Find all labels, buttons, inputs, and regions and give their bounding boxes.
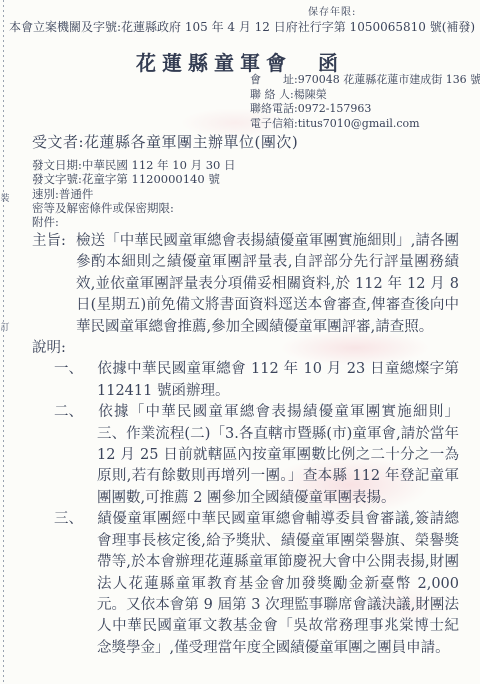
issue-date-line: 發文日期:中華民國 112 年 10 月 30 日	[32, 158, 236, 172]
contact-block: 會 址:970048 花蓮縣花蓮市建成街 136 號 聯 絡 人:楊陳榮 聯絡電…	[250, 73, 480, 131]
item-number: 一、	[54, 359, 97, 380]
document-title: 花蓮縣童軍會 函	[0, 47, 480, 76]
retention-period-label: 保存年限:	[308, 3, 356, 18]
item-text: 依據「中華民國童軍總會表揚績優童軍團實施細則」三、作業流程(二)「3.各直轄市暨…	[97, 404, 459, 506]
binding-mark-zhuang: 裝	[0, 195, 10, 204]
letter-body: 主旨:檢送「中華民國童軍總會表揚績優童軍團實施細則」,請各團參酌本細則之績優童軍…	[32, 231, 459, 659]
subject-paragraph: 主旨:檢送「中華民國童軍總會表揚績優童軍團實施細則」,請各團參酌本細則之績優童軍…	[32, 231, 459, 338]
contact-address: 會 址:970048 花蓮縣花蓮市建成街 136 號	[250, 73, 480, 88]
subject-label: 主旨:	[32, 231, 76, 252]
item-text: 依據中華民國童軍總會 112 年 10 月 23 日童總燦字第 112411 號…	[97, 361, 459, 398]
explanation-item-1: 一、依據中華民國童軍總會 112 年 10 月 23 日童總燦字第 112411…	[54, 359, 459, 402]
recipient-line: 受文者:花蓮縣各童軍團主辦單位(團次)	[32, 131, 298, 152]
contact-email: 電子信箱:titus7010@gmail.com	[250, 117, 480, 132]
security-class-line: 密等及解密條件或保密期限:	[32, 201, 236, 215]
speed-class-line: 速別:普通件	[32, 187, 236, 201]
contact-person: 聯 絡 人:楊陳榮	[250, 88, 480, 103]
attachment-line: 附件:	[32, 215, 236, 229]
subject-text: 檢送「中華民國童軍總會表揚績優童軍團實施細則」,請各團參酌本細則之績優童軍團評量…	[76, 233, 459, 335]
explanation-label: 說明:	[32, 338, 459, 359]
item-number: 三、	[54, 509, 97, 530]
binding-mark-ding: 訂	[0, 324, 10, 333]
item-number: 二、	[54, 402, 97, 423]
issue-number-line: 發文字號:花童字第 1120000140 號	[32, 172, 236, 186]
explanation-item-2: 二、依據「中華民國童軍總會表揚績優童軍團實施細則」三、作業流程(二)「3.各直轄…	[54, 402, 459, 509]
explanation-item-3: 三、績優童軍團經中華民國童軍總會輔導委員會審議,簽請總會理事長核定後,給予獎狀、…	[54, 509, 459, 659]
contact-phone: 聯絡電話:0972-157963	[250, 102, 480, 117]
document-meta-block: 發文日期:中華民國 112 年 10 月 30 日 發文字號:花童字第 1120…	[32, 158, 236, 229]
binding-dashed-line	[3, 0, 4, 684]
item-text: 績優童軍團經中華民國童軍總會輔導委員會審議,簽請總會理事長核定後,給予獎狀、績優…	[97, 511, 459, 655]
registration-number-line: 本會立案機關及字號:花蓮縣政府 105 年 4 月 12 日府社行字第 1050…	[9, 18, 477, 35]
scanned-official-letter: 裝 訂 保存年限: 本會立案機關及字號:花蓮縣政府 105 年 4 月 12 日…	[0, 0, 480, 684]
